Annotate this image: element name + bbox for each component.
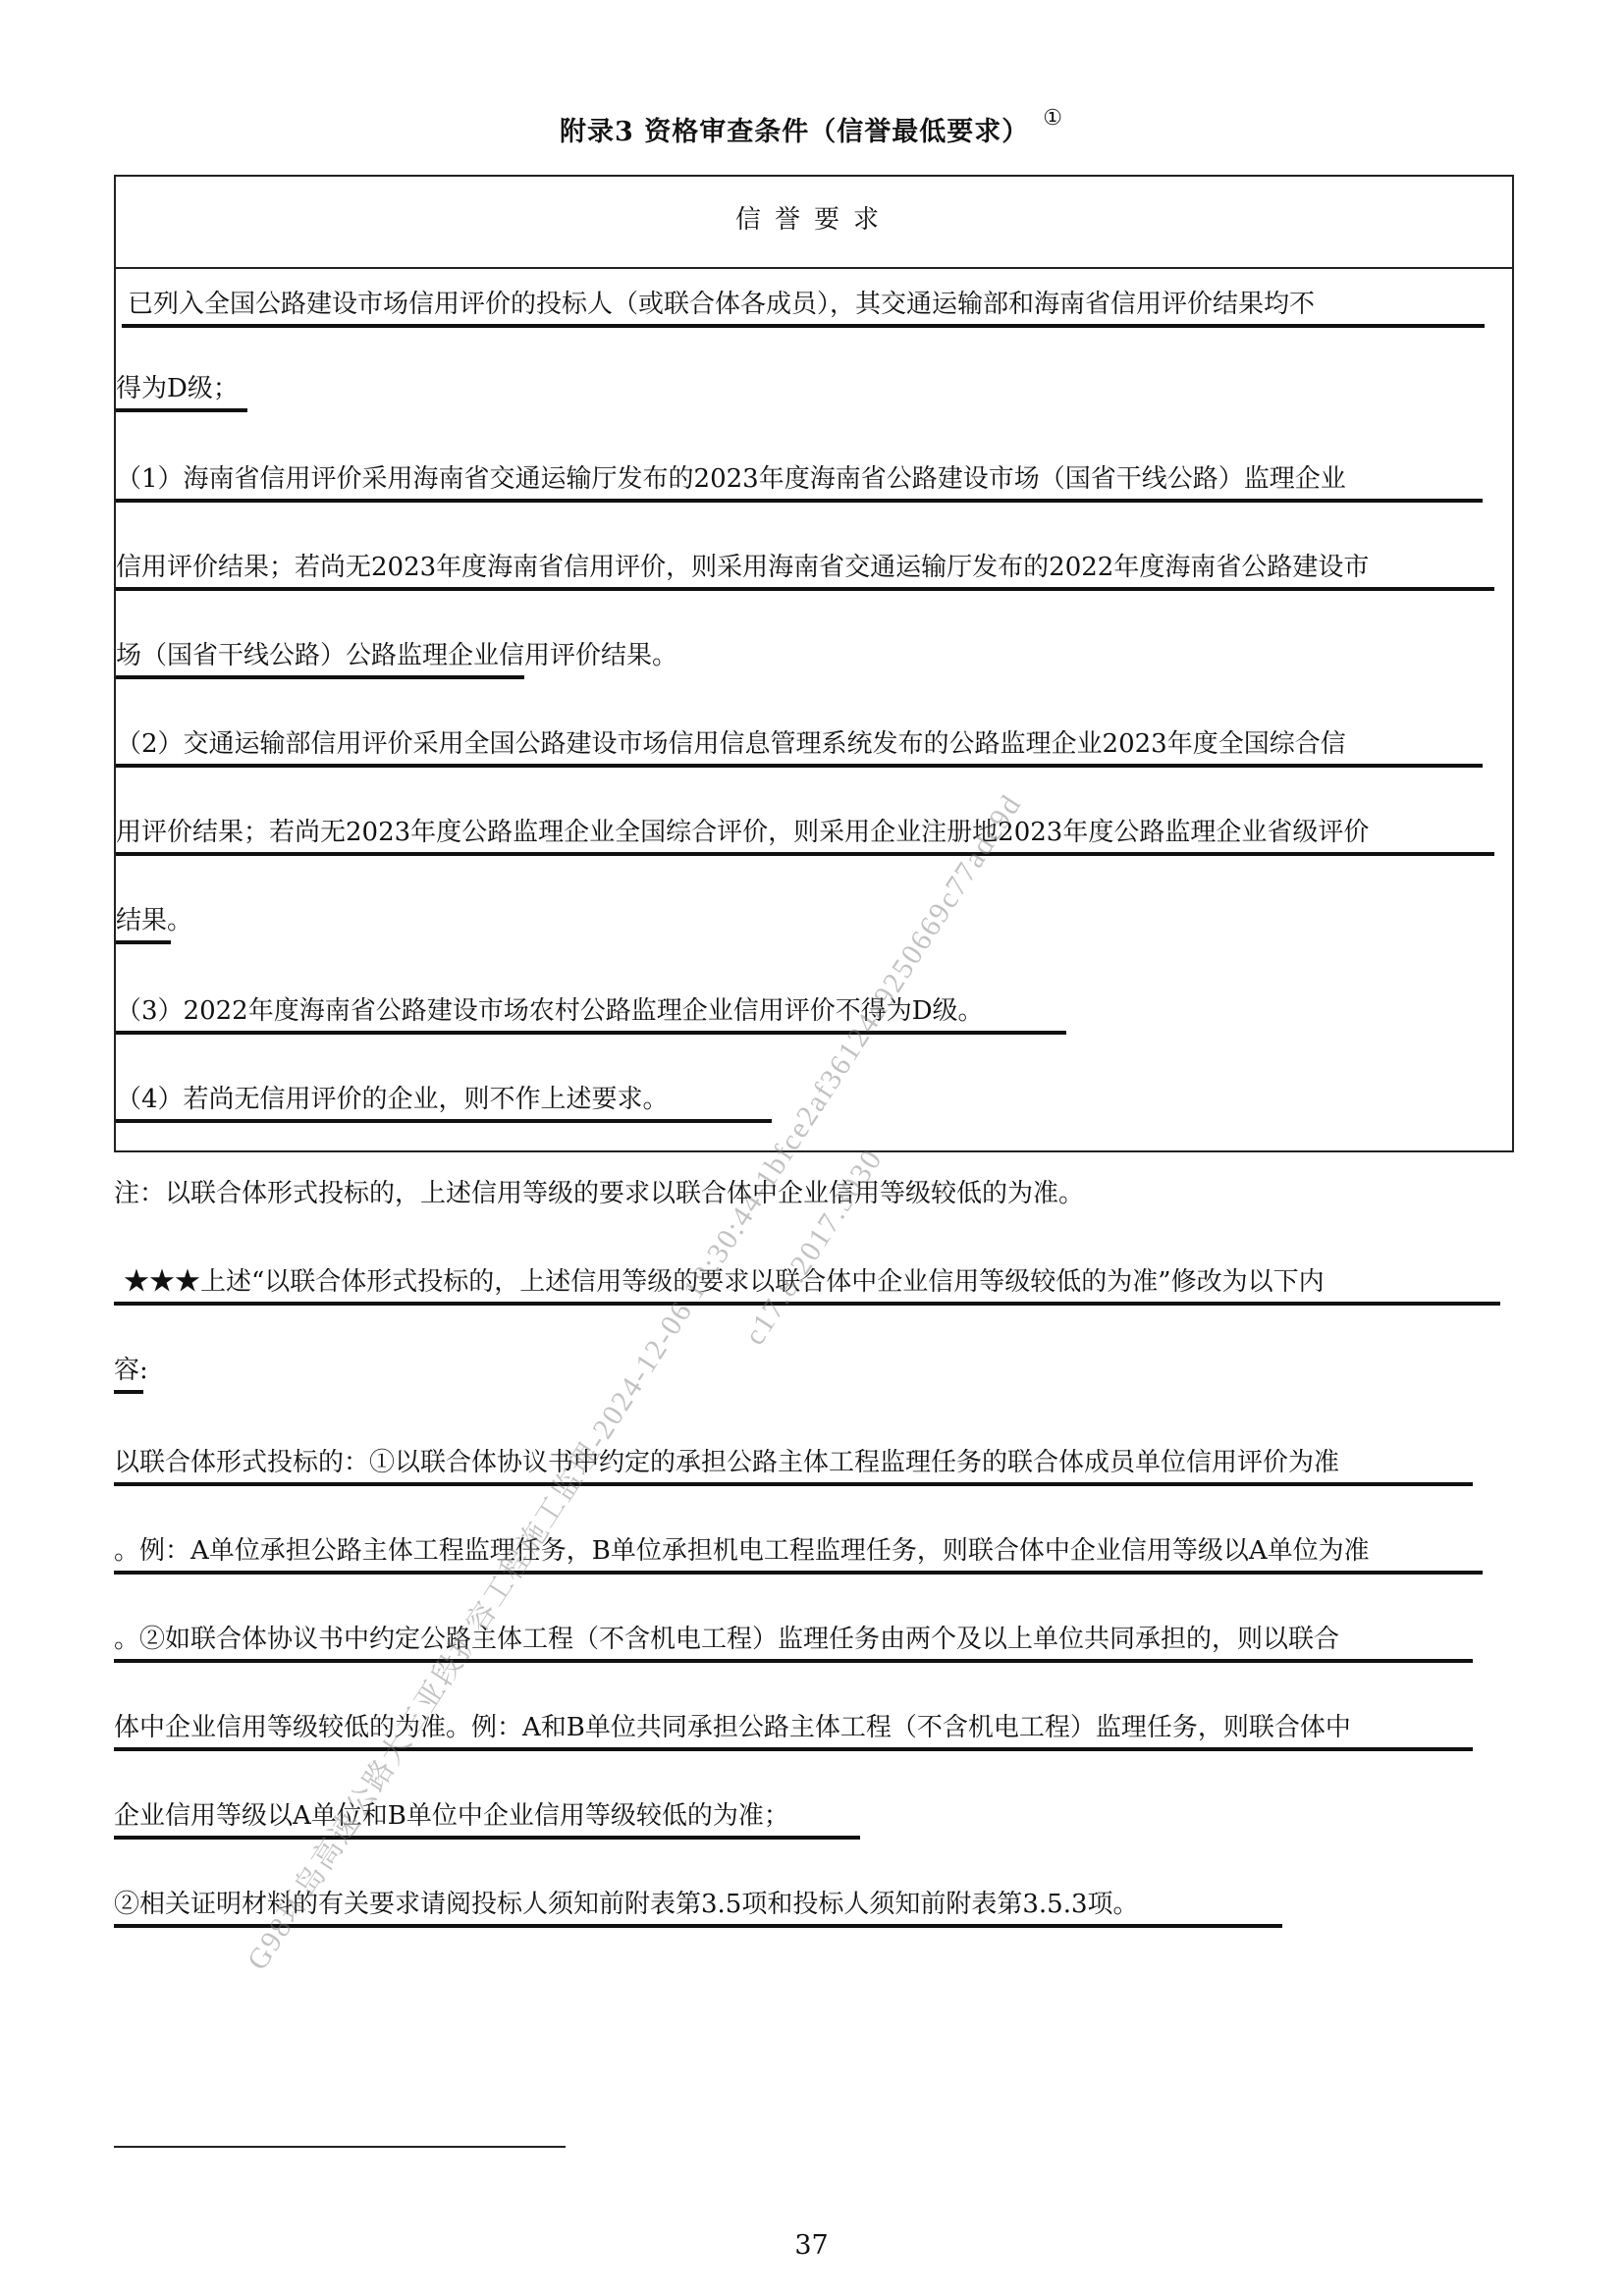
amendment-line: 。②如联合体协议书中约定公路主体工程（不含机电工程）监理任务由两个及以上单位共同…	[114, 1620, 1473, 1663]
page-number: 37	[0, 2230, 1623, 2261]
amendment-line: 体中企业信用等级较低的为准。例：A和B单位共同承担公路主体工程（不含机电工程）监…	[114, 1708, 1473, 1751]
table-header: 信誉要求	[116, 177, 1512, 269]
table-line: （2）交通运输部信用评价采用全国公路建设市场信用信息管理系统发布的公路监理企业2…	[116, 724, 1483, 768]
table-line: （1）海南省信用评价采用海南省交通运输厅发布的2023年度海南省公路建设市场（国…	[116, 459, 1483, 503]
table-line: 场（国省干线公路）公路监理企业信用评价结果。	[116, 636, 524, 679]
table-line: （4）若尚无信用评价的企业，则不作上述要求。	[116, 1080, 772, 1123]
amendment-line: 容:	[114, 1351, 143, 1394]
table-line: 用评价结果；若尚无2023年度公路监理企业全国综合评价，则采用企业注册地2023…	[116, 813, 1494, 856]
footnote-divider	[114, 2146, 566, 2148]
table-line: 已列入全国公路建设市场信用评价的投标人（或联合体各成员），其交通运输部和海南省信…	[122, 285, 1485, 328]
table-line: 结果。	[116, 901, 171, 944]
table-line: （3）2022年度海南省公路建设市场农村公路监理企业信用评价不得为D级。	[116, 991, 1066, 1035]
page-title: 附录3 资格审查条件（信誉最低要求）①	[0, 110, 1623, 148]
title-text: 附录3 资格审查条件（信誉最低要求）	[560, 117, 1029, 147]
footnote-mark: ①	[1043, 106, 1063, 131]
amendment-line: 以联合体形式投标的：①以联合体协议书中约定的承担公路主体工程监理任务的联合体成员…	[114, 1443, 1473, 1486]
amendment-line: ②相关证明材料的有关要求请阅投标人须知前附表第3.5项和投标人须知前附表第3.5…	[114, 1885, 1282, 1928]
table-line: 信用评价结果；若尚无2023年度海南省信用评价，则采用海南省交通运输厅发布的20…	[116, 548, 1494, 591]
amendment-line: ★★★上述“以联合体形式投标的，上述信用等级的要求以联合体中企业信用等级较低的为…	[114, 1262, 1500, 1306]
note-text: 注：以联合体形式投标的，上述信用等级的要求以联合体中企业信用等级较低的为准。	[114, 1174, 1084, 1213]
amendment-line: 企业信用等级以A单位和B单位中企业信用等级较低的为准；	[114, 1796, 860, 1840]
amendment-line: 。例：A单位承担公路主体工程监理任务，B单位承担机电工程监理任务，则联合体中企业…	[114, 1531, 1483, 1575]
table-line: 得为D级；	[116, 369, 247, 412]
